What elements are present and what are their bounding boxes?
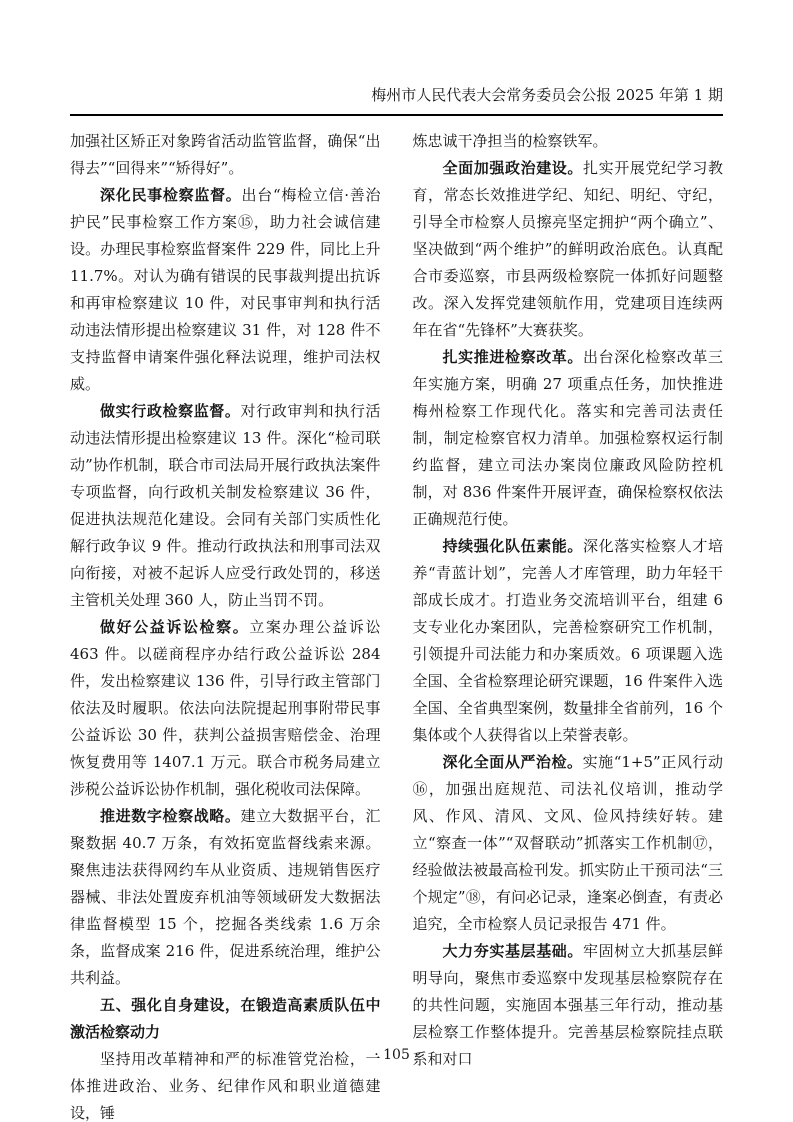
paragraph-lead: 扎实推进检察改革。 bbox=[443, 348, 584, 366]
paragraph-lead: 推进数字检察战略。 bbox=[100, 807, 241, 825]
paragraph-lead: 深化全面从严治检。 bbox=[443, 753, 583, 771]
paragraph: 持续强化队伍素能。深化落实检察人才培养“青蓝计划”，完善人才库管理，助力年轻干部… bbox=[413, 533, 724, 749]
page-footer: · 105 · bbox=[0, 1046, 793, 1064]
paragraph-lead: 五、强化自身建设，在锻造高素质队伍中激活检察动力 bbox=[70, 996, 381, 1041]
paragraph-text: 立案办理公益诉讼 463 件。以磋商程序办结行政公益诉讼 284 件，发出检察建… bbox=[70, 618, 381, 798]
paragraph-lead: 大力夯实基层基础。 bbox=[443, 942, 584, 960]
column-left: 加强社区矫正对象跨省活动监管监督，确保“出得去”“回得来”“矫得好”。深化民事检… bbox=[70, 128, 381, 1122]
paragraph-lead: 做好公益诉讼检察。 bbox=[100, 618, 249, 636]
paragraph: 全面加强政治建设。扎实开展党纪学习教育，常态长效推进学纪、知纪、明纪、守纪，引导… bbox=[413, 155, 724, 344]
paragraph-lead: 深化民事检察监督。 bbox=[100, 186, 242, 204]
page-number: · 105 · bbox=[374, 1047, 419, 1063]
paragraph: 深化民事检察监督。出台“梅检立信·善治护民”民事检察工作方案⑮，助力社会诚信建设… bbox=[70, 182, 381, 398]
paragraph-text: 出台深化检察改革三年实施方案，明确 27 项重点任务，加快推进梅州检察工作现代化… bbox=[413, 348, 724, 528]
paragraph-text: 建立大数据平台，汇聚数据 40.7 万条，有效拓宽监督线索来源。聚焦违法获得网约… bbox=[70, 807, 381, 987]
content-columns: 加强社区矫正对象跨省活动监管监督，确保“出得去”“回得来”“矫得好”。深化民事检… bbox=[70, 128, 723, 1122]
paragraph-text: 扎实开展党纪学习教育，常态长效推进学纪、知纪、明纪、守纪，引导全市检察人员擦亮坚… bbox=[413, 159, 724, 339]
paragraph: 五、强化自身建设，在锻造高素质队伍中激活检察动力 bbox=[70, 992, 381, 1046]
paragraph-text: 对行政审判和执行活动违法情形提出检察建议 13 件。深化“检司联动”协作机制，联… bbox=[70, 402, 381, 609]
paragraph: 深化全面从严治检。实施“1+5”正风行动⑯，加强出庭规范、司法礼仪培训，推动学风… bbox=[413, 749, 724, 938]
column-right: 炼忠诚干净担当的检察铁军。全面加强政治建设。扎实开展党纪学习教育，常态长效推进学… bbox=[413, 128, 724, 1122]
paragraph: 推进数字检察战略。建立大数据平台，汇聚数据 40.7 万条，有效拓宽监督线索来源… bbox=[70, 803, 381, 992]
paragraph-text: 深化落实检察人才培养“青蓝计划”，完善人才库管理，助力年轻干部成长成才。打造业务… bbox=[413, 537, 724, 744]
paragraph: 扎实推进检察改革。出台深化检察改革三年实施方案，明确 27 项重点任务，加快推进… bbox=[413, 344, 724, 533]
paragraph-lead: 持续强化队伍素能。 bbox=[443, 537, 584, 555]
gazette-page: 梅州市人民代表大会常务委员会公报 2025 年第 1 期 加强社区矫正对象跨省活… bbox=[0, 0, 793, 1122]
paragraph-text: 出台“梅检立信·善治护民”民事检察工作方案⑮，助力社会诚信建设。办理民事检察监督… bbox=[70, 186, 381, 393]
paragraph: 炼忠诚干净担当的检察铁军。 bbox=[413, 128, 724, 155]
paragraph: 做好公益诉讼检察。立案办理公益诉讼 463 件。以磋商程序办结行政公益诉讼 28… bbox=[70, 614, 381, 803]
paragraph: 做实行政检察监督。对行政审判和执行活动违法情形提出检察建议 13 件。深化“检司… bbox=[70, 398, 381, 614]
paragraph-text: 实施“1+5”正风行动⑯，加强出庭规范、司法礼仪培训，推动学风、作风、清风、文风… bbox=[413, 753, 724, 933]
header-rule bbox=[70, 114, 723, 116]
paragraph-lead: 做实行政检察监督。 bbox=[100, 402, 241, 420]
gazette-header-title: 梅州市人民代表大会常务委员会公报 2025 年第 1 期 bbox=[70, 86, 723, 105]
paragraph: 加强社区矫正对象跨省活动监管监督，确保“出得去”“回得来”“矫得好”。 bbox=[70, 128, 381, 182]
paragraph-text: 加强社区矫正对象跨省活动监管监督，确保“出得去”“回得来”“矫得好”。 bbox=[70, 132, 381, 177]
paragraph-lead: 全面加强政治建设。 bbox=[443, 159, 584, 177]
paragraph-text: 炼忠诚干净担当的检察铁军。 bbox=[413, 132, 608, 150]
